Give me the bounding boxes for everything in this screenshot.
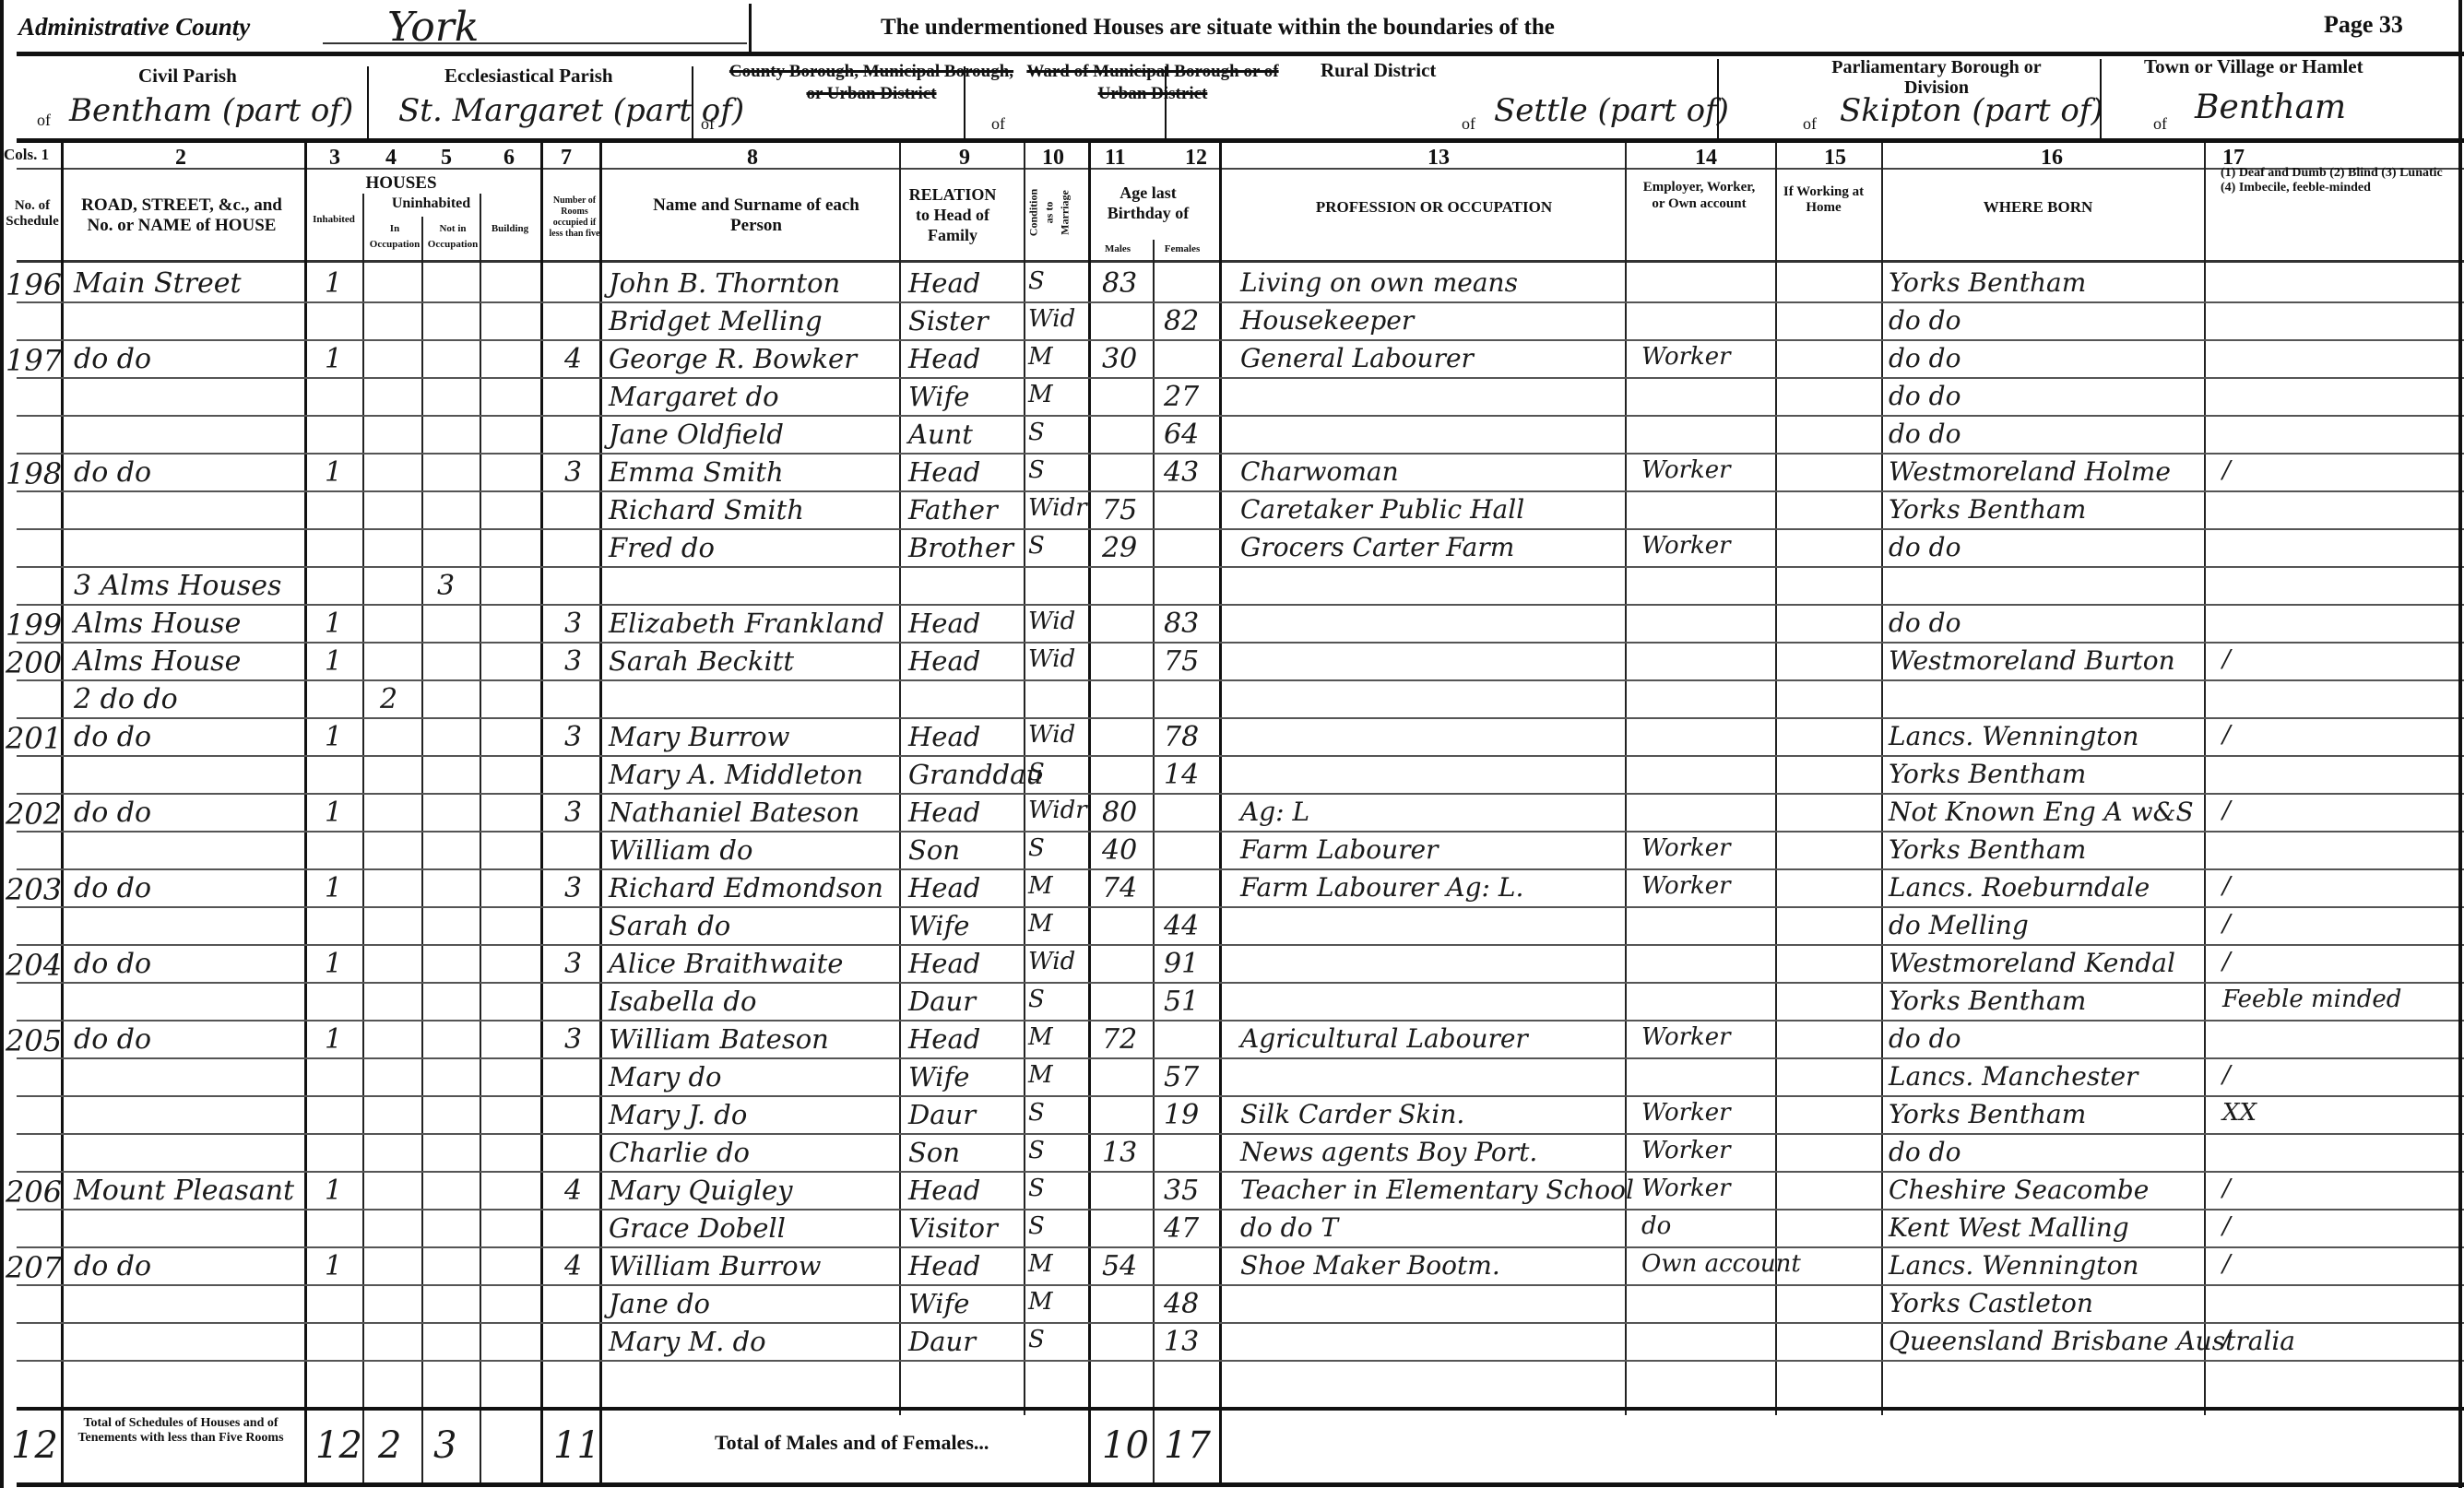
relation: Head bbox=[908, 948, 980, 979]
age-male: 13 bbox=[1102, 1137, 1137, 1169]
relation: Father bbox=[908, 494, 998, 526]
marital-condition: S bbox=[1028, 456, 1045, 484]
marital-condition: M bbox=[1028, 1023, 1053, 1051]
relation: Son bbox=[908, 1137, 960, 1168]
age-female: 27 bbox=[1164, 381, 1199, 413]
street-address: do do bbox=[74, 1250, 151, 1282]
birthplace: Queensland Brisbane Australia bbox=[1889, 1326, 2207, 1356]
person-name: Mary Quigley bbox=[609, 1175, 793, 1206]
relation: Head bbox=[908, 797, 980, 828]
age-female: 44 bbox=[1164, 910, 1199, 942]
age-female: 75 bbox=[1164, 645, 1199, 678]
relation: Head bbox=[908, 267, 980, 299]
header-schedule-no: No. of Schedule bbox=[4, 198, 61, 230]
age-male: 75 bbox=[1102, 494, 1137, 526]
birthplace: do do bbox=[1889, 305, 1961, 336]
birthplace: Lancs. Manchester bbox=[1889, 1061, 2138, 1092]
marital-condition: M bbox=[1028, 1250, 1053, 1278]
street-address: do do bbox=[74, 872, 151, 904]
relation: Visitor bbox=[908, 1212, 998, 1244]
birthplace: Lancs. Roeburndale bbox=[1889, 872, 2150, 903]
row-rule bbox=[17, 377, 2464, 379]
total-females: 17 bbox=[1164, 1424, 1211, 1467]
marital-condition: S bbox=[1028, 986, 1045, 1013]
col-rule bbox=[421, 217, 423, 1484]
employer-status: Worker bbox=[1641, 343, 1731, 371]
street-address: do do bbox=[74, 721, 151, 753]
birthplace: Lancs. Wennington bbox=[1889, 1250, 2138, 1281]
age-female: 47 bbox=[1164, 1212, 1199, 1245]
person-name: Emma Smith bbox=[609, 456, 784, 488]
marital-condition: Widr bbox=[1028, 494, 1087, 522]
row-rule bbox=[17, 793, 2464, 795]
col-rule bbox=[480, 194, 481, 1484]
occupation: Farm Labourer bbox=[1240, 834, 1439, 865]
columns-top-rule bbox=[17, 138, 2464, 143]
page-left-edge bbox=[0, 0, 4, 1488]
col-number-16: 16 bbox=[2041, 146, 2063, 171]
row-rule bbox=[17, 906, 2464, 908]
birthplace: do do bbox=[1889, 343, 1961, 373]
person-name: Mary J. do bbox=[609, 1099, 747, 1130]
age-female: 51 bbox=[1164, 986, 1199, 1018]
employer-status: do bbox=[1641, 1212, 1671, 1240]
totals-top-rule bbox=[17, 1407, 2464, 1411]
birthplace: Yorks Bentham bbox=[1889, 834, 2086, 865]
rooms-count: 3 bbox=[564, 872, 582, 904]
divider bbox=[692, 66, 693, 138]
person-name: Sarah Beckitt bbox=[609, 645, 794, 677]
person-name: Mary Burrow bbox=[609, 721, 789, 752]
relation: Sister bbox=[908, 305, 989, 337]
occupation: Shoe Maker Bootm. bbox=[1240, 1250, 1500, 1281]
employer-status: Worker bbox=[1641, 456, 1731, 484]
relation: Head bbox=[908, 872, 980, 903]
person-name: Charlie do bbox=[609, 1137, 750, 1168]
street-address: Alms House bbox=[74, 645, 241, 678]
col-number-2: 2 bbox=[175, 146, 186, 171]
row-rule bbox=[17, 755, 2464, 757]
divider bbox=[964, 66, 965, 138]
header-occupation: PROFESSION OR OCCUPATION bbox=[1226, 197, 1641, 218]
of-label-1: of bbox=[37, 111, 51, 130]
street-address: do do bbox=[74, 343, 151, 375]
relation: Son bbox=[908, 834, 960, 866]
infirmity: / bbox=[2222, 456, 2231, 484]
person-name: Bridget Melling bbox=[609, 305, 823, 337]
town-label: Town or Village or Hamlet bbox=[2144, 55, 2363, 78]
schedule-number: 198 bbox=[6, 456, 62, 491]
col-rule bbox=[1153, 240, 1155, 1484]
person-name: William Burrow bbox=[609, 1250, 821, 1281]
birthplace: Yorks Bentham bbox=[1889, 759, 2086, 789]
employer-status: Own account bbox=[1641, 1250, 1801, 1278]
occupation: Teacher in Elementary School bbox=[1240, 1175, 1618, 1205]
marital-condition: Widr bbox=[1028, 797, 1087, 824]
occupation: News agents Boy Port. bbox=[1240, 1137, 1537, 1167]
relation: Wife bbox=[908, 1061, 969, 1092]
row-rule bbox=[17, 642, 2464, 644]
marital-condition: M bbox=[1028, 1061, 1053, 1089]
parliamentary-value: Skipton (part of) bbox=[1840, 92, 2103, 129]
ecclesiastical-parish-label: Ecclesiastical Parish bbox=[444, 65, 613, 88]
col-rule bbox=[599, 143, 602, 1484]
totals-label: Total of Schedules of Houses and of Tene… bbox=[70, 1416, 291, 1446]
inhabited-count: 1 bbox=[325, 267, 342, 300]
relation: Head bbox=[908, 645, 980, 677]
row-rule bbox=[17, 1171, 2464, 1173]
age-female: 82 bbox=[1164, 305, 1199, 337]
total-males: 10 bbox=[1102, 1424, 1149, 1467]
col-rule bbox=[1088, 143, 1091, 1484]
rooms-count: 4 bbox=[564, 1250, 582, 1282]
marital-condition: Wid bbox=[1028, 721, 1075, 749]
birthplace: Westmoreland Holme bbox=[1889, 456, 2171, 487]
age-male: 80 bbox=[1102, 797, 1137, 829]
header-inhabited: Inhabited bbox=[307, 212, 361, 228]
relation: Head bbox=[908, 721, 980, 752]
total-in-occupation: 2 bbox=[378, 1424, 401, 1467]
row-rule bbox=[17, 1133, 2464, 1135]
col-number-10: 10 bbox=[1042, 146, 1064, 171]
age-male: 40 bbox=[1102, 834, 1137, 867]
admin-county-underline bbox=[323, 42, 747, 44]
infirmity: / bbox=[2222, 645, 2231, 673]
row-rule bbox=[17, 944, 2464, 946]
header-rooms: Number of Rooms occupied if less than fi… bbox=[546, 195, 603, 240]
infirmity: XX bbox=[2222, 1099, 2257, 1127]
page-number: Page 33 bbox=[2324, 11, 2403, 39]
inhabited-count: 1 bbox=[325, 608, 342, 640]
col-number-11: 11 bbox=[1105, 146, 1126, 171]
divider bbox=[1165, 66, 1167, 138]
total-not-in-occupation: 3 bbox=[433, 1424, 456, 1467]
row-rule bbox=[17, 566, 2464, 568]
marital-condition: M bbox=[1028, 343, 1053, 371]
header-building: Building bbox=[481, 221, 539, 237]
marital-condition: M bbox=[1028, 910, 1053, 938]
header-relation: RELATION to Head of Family bbox=[902, 184, 1003, 245]
col-number-8: 8 bbox=[747, 146, 758, 171]
col-number-13: 13 bbox=[1427, 146, 1450, 171]
marital-condition: S bbox=[1028, 1326, 1045, 1353]
header-name: Name and Surname of each Person bbox=[627, 195, 885, 236]
col-rule bbox=[1625, 143, 1627, 1415]
marital-condition: M bbox=[1028, 1288, 1053, 1316]
age-female: 83 bbox=[1164, 608, 1199, 640]
totals-bottom-rule bbox=[17, 1482, 2464, 1487]
page-right-edge bbox=[2458, 0, 2462, 1488]
employer-status: Worker bbox=[1641, 872, 1731, 900]
rooms-count: 3 bbox=[564, 797, 582, 829]
inhabited-count: 1 bbox=[325, 1250, 342, 1282]
street-address: Mount Pleasant bbox=[74, 1175, 294, 1207]
person-name: John B. Thornton bbox=[609, 267, 840, 299]
of-label-3: of bbox=[701, 114, 715, 134]
infirmity: / bbox=[2222, 1326, 2231, 1353]
divider bbox=[2100, 59, 2102, 138]
person-name: Mary A. Middleton bbox=[609, 759, 863, 790]
header-females: Females bbox=[1155, 242, 1210, 257]
rooms-count: 4 bbox=[564, 1175, 582, 1207]
person-name: Grace Dobell bbox=[609, 1212, 786, 1244]
of-label-4: of bbox=[991, 114, 1005, 134]
col-rule bbox=[362, 194, 364, 1484]
person-name: George R. Bowker bbox=[609, 343, 857, 374]
col-rule bbox=[540, 143, 543, 1484]
inhabited-count: 1 bbox=[325, 721, 342, 753]
person-name: Isabella do bbox=[609, 986, 756, 1017]
age-male: 83 bbox=[1102, 267, 1137, 300]
birthplace: Yorks Bentham bbox=[1889, 267, 2086, 298]
infirmity: / bbox=[2222, 1250, 2231, 1278]
birthplace: do Melling bbox=[1889, 910, 2029, 940]
age-male: 72 bbox=[1102, 1023, 1137, 1056]
birthplace: do do bbox=[1889, 1023, 1961, 1054]
person-name: Elizabeth Frankland bbox=[609, 608, 884, 639]
col-number-14: 14 bbox=[1695, 146, 1717, 171]
employer-status: Worker bbox=[1641, 834, 1731, 862]
row-rule bbox=[17, 339, 2464, 341]
occupation: General Labourer bbox=[1240, 343, 1474, 373]
marital-condition: S bbox=[1028, 532, 1045, 560]
person-name: Sarah do bbox=[609, 910, 730, 941]
person-name: Alice Braithwaite bbox=[609, 948, 843, 979]
schedule-number: 196 bbox=[6, 267, 62, 302]
relation: Head bbox=[908, 1023, 980, 1055]
total-males-females-label: Total of Males and of Females... bbox=[715, 1431, 989, 1455]
rooms-count: 4 bbox=[564, 343, 582, 375]
marital-condition: Wid bbox=[1028, 948, 1075, 975]
in-occupation-count: 2 bbox=[380, 683, 397, 715]
admin-county-label: Administrative County bbox=[18, 13, 250, 41]
occupation: Living on own means bbox=[1240, 267, 1518, 298]
row-rule bbox=[17, 1020, 2464, 1022]
marital-condition: S bbox=[1028, 834, 1045, 862]
person-name: Jane Oldfield bbox=[609, 419, 784, 450]
inhabited-count: 1 bbox=[325, 343, 342, 375]
col-rule bbox=[2204, 143, 2206, 1415]
civil-parish-label: Civil Parish bbox=[138, 65, 237, 88]
marital-condition: S bbox=[1028, 1099, 1045, 1127]
relation: Daur bbox=[908, 1326, 976, 1357]
birthplace: Westmoreland Kendal bbox=[1889, 948, 2175, 978]
street-address: 2 do do bbox=[74, 683, 178, 715]
schedule-number: 207 bbox=[6, 1250, 62, 1285]
marital-condition: S bbox=[1028, 419, 1045, 446]
ward-label: Ward of Municipal Borough or of Urban Di… bbox=[1005, 61, 1300, 105]
age-female: 19 bbox=[1164, 1099, 1199, 1131]
infirmity: / bbox=[2222, 1175, 2231, 1202]
schedule-number: 205 bbox=[6, 1023, 62, 1058]
header-employer: Employer, Worker, or Own account bbox=[1637, 179, 1761, 212]
marital-condition: S bbox=[1028, 1175, 1045, 1202]
colnum-rule bbox=[17, 168, 2464, 170]
marital-condition: M bbox=[1028, 872, 1053, 900]
header-age: Age last Birthday of bbox=[1088, 183, 1208, 223]
col-number-9: 9 bbox=[959, 146, 970, 171]
total-rooms: 11 bbox=[553, 1424, 600, 1467]
marital-condition: S bbox=[1028, 759, 1045, 786]
infirmity: / bbox=[2222, 1061, 2231, 1089]
row-rule bbox=[17, 528, 2464, 530]
rooms-count: 3 bbox=[564, 1023, 582, 1056]
schedule-number: 206 bbox=[6, 1175, 62, 1210]
marital-condition: S bbox=[1028, 267, 1045, 295]
age-female: 91 bbox=[1164, 948, 1199, 980]
header-houses: HOUSES bbox=[309, 173, 493, 194]
not-in-occupation-count: 3 bbox=[437, 570, 455, 602]
row-rule bbox=[17, 453, 2464, 455]
street-address: do do bbox=[74, 797, 151, 829]
admin-county-divider bbox=[749, 4, 752, 52]
infirmity: Feeble minded bbox=[2222, 986, 2401, 1013]
row-rule bbox=[17, 1360, 2464, 1362]
relation: Head bbox=[908, 1250, 980, 1281]
row-rule bbox=[17, 1284, 2464, 1286]
marital-condition: Wid bbox=[1028, 608, 1075, 635]
marital-condition: Wid bbox=[1028, 305, 1075, 333]
schedule-number: 197 bbox=[6, 343, 62, 378]
relation: Aunt bbox=[908, 419, 973, 450]
schedule-number: 203 bbox=[6, 872, 62, 907]
street-address: do do bbox=[74, 1023, 151, 1056]
infirmity: / bbox=[2222, 1212, 2231, 1240]
birthplace: Not Known Eng A w&S bbox=[1889, 797, 2194, 827]
schedule-number: 199 bbox=[6, 608, 62, 643]
relation: Head bbox=[908, 343, 980, 374]
row-rule bbox=[17, 1209, 2464, 1210]
age-male: 29 bbox=[1102, 532, 1137, 564]
col-number-3: 3 bbox=[329, 146, 340, 171]
schedule-number: 202 bbox=[6, 797, 62, 832]
occupation: Silk Carder Skin. bbox=[1240, 1099, 1464, 1129]
header-where-born: WHERE BORN bbox=[1881, 197, 2195, 218]
marital-condition: M bbox=[1028, 381, 1053, 408]
birthplace: Lancs. Wennington bbox=[1889, 721, 2138, 751]
of-label-5: of bbox=[1462, 114, 1475, 134]
rooms-count: 3 bbox=[564, 645, 582, 678]
col-rule bbox=[899, 143, 901, 1415]
birthplace: Yorks Castleton bbox=[1889, 1288, 2093, 1318]
marital-condition: S bbox=[1028, 1137, 1045, 1164]
row-rule bbox=[17, 831, 2464, 833]
infirmity: / bbox=[2222, 948, 2231, 975]
col-number-6: 6 bbox=[503, 146, 515, 171]
header-infirmity: (1) Deaf and Dumb (2) Blind (3) Lunatic … bbox=[2221, 166, 2451, 195]
col-number-15: 15 bbox=[1824, 146, 1846, 171]
inhabited-count: 1 bbox=[325, 1023, 342, 1056]
birthplace: Yorks Bentham bbox=[1889, 986, 2086, 1016]
age-male: 30 bbox=[1102, 343, 1137, 375]
age-female: 43 bbox=[1164, 456, 1199, 489]
header-not-in-occupation: Not in Occupation bbox=[424, 221, 481, 253]
relation: Head bbox=[908, 456, 980, 488]
col-rule bbox=[1881, 143, 1883, 1415]
infirmity: / bbox=[2222, 910, 2231, 938]
header-rule bbox=[17, 52, 2464, 56]
row-rule bbox=[17, 1095, 2464, 1097]
person-name: Jane do bbox=[609, 1288, 710, 1319]
total-inhabited: 12 bbox=[315, 1424, 362, 1467]
county-borough-label: County Borough, Municipal Borough, or Ur… bbox=[719, 61, 1024, 105]
header-uninhabited: Uninhabited bbox=[364, 194, 498, 214]
schedule-number: 201 bbox=[6, 721, 62, 756]
col-number-12: 12 bbox=[1185, 146, 1207, 171]
marital-condition: S bbox=[1028, 1212, 1045, 1240]
infirmity: / bbox=[2222, 721, 2231, 749]
age-female: 78 bbox=[1164, 721, 1199, 753]
row-rule bbox=[17, 1246, 2464, 1248]
age-female: 64 bbox=[1164, 419, 1199, 451]
row-rule bbox=[17, 868, 2464, 870]
rooms-count: 3 bbox=[564, 948, 582, 980]
occupation: Caretaker Public Hall bbox=[1240, 494, 1524, 525]
infirmity: / bbox=[2222, 872, 2231, 900]
relation: Daur bbox=[908, 1099, 976, 1130]
occupation: Grocers Carter Farm bbox=[1240, 532, 1514, 562]
occupation: do do T bbox=[1240, 1212, 1338, 1243]
birthplace: Yorks Bentham bbox=[1889, 494, 2086, 525]
of-label-7: of bbox=[2153, 114, 2167, 134]
relation: Daur bbox=[908, 986, 976, 1017]
street-address: do do bbox=[74, 948, 151, 980]
person-name: Mary do bbox=[609, 1061, 721, 1092]
total-schedules: 12 bbox=[11, 1424, 58, 1467]
age-female: 13 bbox=[1164, 1326, 1199, 1358]
relation: Head bbox=[908, 608, 980, 639]
birthplace: do do bbox=[1889, 419, 1961, 449]
employer-status: Worker bbox=[1641, 1175, 1731, 1202]
row-rule bbox=[17, 604, 2464, 606]
col-rule bbox=[304, 143, 307, 1484]
rural-district-label: Rural District bbox=[1321, 59, 1436, 82]
row-rule bbox=[17, 1057, 2464, 1059]
birthplace: Westmoreland Burton bbox=[1889, 645, 2175, 676]
relation: Granddau bbox=[908, 759, 1043, 790]
col-number-1: Cols. 1 bbox=[4, 146, 49, 164]
schedule-number: 200 bbox=[6, 645, 62, 680]
relation: Wife bbox=[908, 910, 969, 941]
relation: Wife bbox=[908, 381, 969, 412]
age-female: 35 bbox=[1164, 1175, 1199, 1207]
inhabited-count: 1 bbox=[325, 872, 342, 904]
inhabited-count: 1 bbox=[325, 645, 342, 678]
header-in-occupation: In Occupation bbox=[366, 221, 423, 253]
birthplace: do do bbox=[1889, 608, 1961, 638]
infirmity: / bbox=[2222, 797, 2231, 824]
street-address: do do bbox=[74, 456, 151, 489]
inhabited-count: 1 bbox=[325, 948, 342, 980]
col-rule bbox=[1775, 143, 1777, 1415]
header-males: Males bbox=[1090, 242, 1145, 257]
occupation: Agricultural Labourer bbox=[1240, 1023, 1528, 1054]
person-name: William do bbox=[609, 834, 752, 866]
age-female: 14 bbox=[1164, 759, 1199, 791]
age-female: 57 bbox=[1164, 1061, 1199, 1093]
employer-status: Worker bbox=[1641, 1023, 1731, 1051]
street-address: Main Street bbox=[74, 267, 242, 300]
occupation: Ag: L bbox=[1240, 797, 1309, 827]
col-number-7: 7 bbox=[561, 146, 572, 171]
of-label-6: of bbox=[1803, 114, 1817, 134]
relation: Brother bbox=[908, 532, 1013, 563]
col-number-5: 5 bbox=[441, 146, 452, 171]
row-rule bbox=[17, 490, 2464, 492]
employer-status: Worker bbox=[1641, 532, 1731, 560]
header-bottom-rule bbox=[17, 260, 2464, 263]
person-name: Richard Smith bbox=[609, 494, 804, 526]
